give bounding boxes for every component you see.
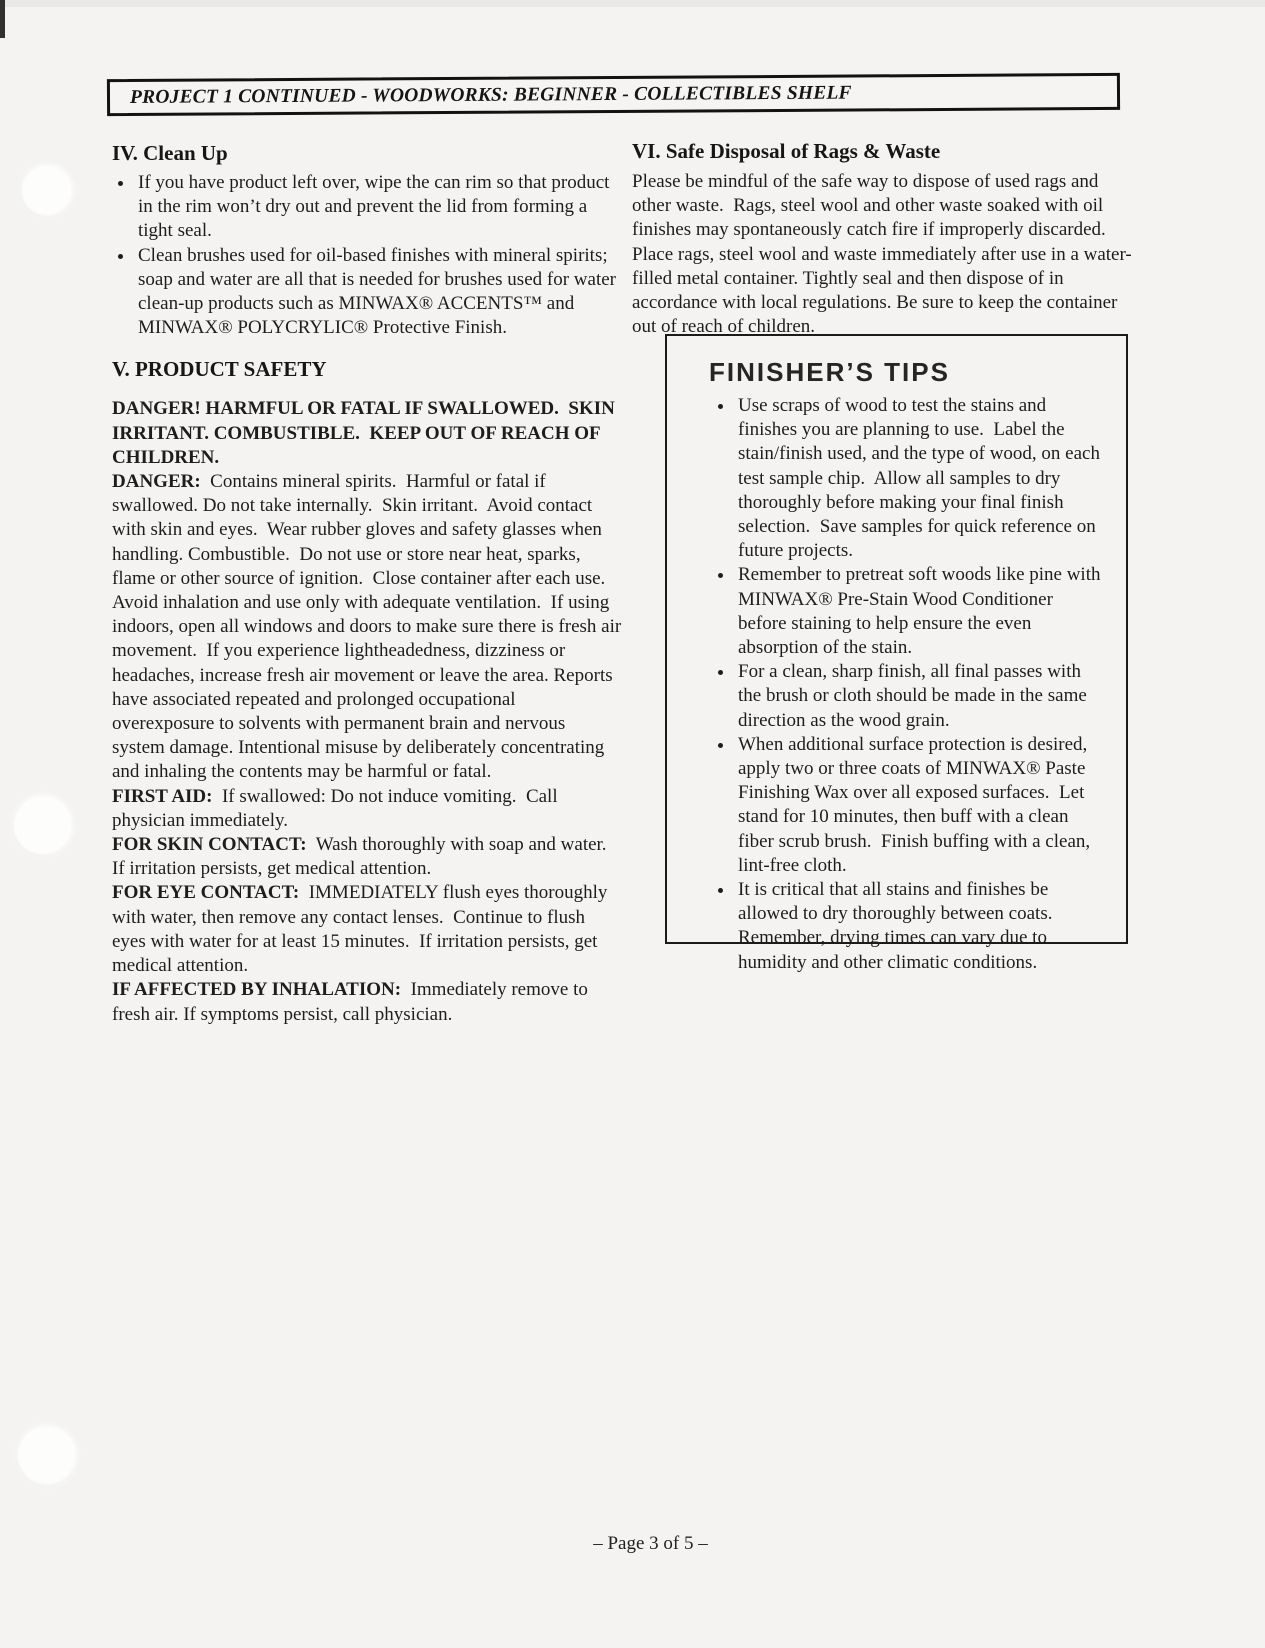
- scan-artifact-corner: [0, 0, 5, 38]
- hole-punch: [17, 1425, 77, 1485]
- tips-title: FINISHER’S TIPS: [709, 357, 1102, 387]
- list-item: For a clean, sharp finish, all final pas…: [735, 660, 1102, 733]
- safety-paragraph-first-aid: FIRST AID: If swallowed: Do not induce v…: [112, 785, 622, 833]
- section-clean-up: IV. Clean Up If you have product left ov…: [112, 141, 622, 340]
- left-column: IV. Clean Up If you have product left ov…: [112, 141, 622, 1027]
- hole-punch: [21, 164, 73, 216]
- right-column: VI. Safe Disposal of Rags & Waste Please…: [632, 139, 1132, 339]
- safety-paragraph-inhalation: IF AFFECTED BY INHALATION: Immediately r…: [112, 978, 622, 1026]
- tips-list: Use scraps of wood to test the stains an…: [709, 394, 1102, 975]
- safety-warning: DANGER! HARMFUL OR FATAL IF SWALLOWED. S…: [112, 397, 622, 470]
- page-number: – Page 3 of 5 –: [18, 1533, 1265, 1555]
- paragraph-lead: FIRST AID:: [112, 786, 212, 807]
- section-safe-disposal: VI. Safe Disposal of Rags & Waste Please…: [632, 139, 1132, 339]
- safety-paragraph-skin-contact: FOR SKIN CONTACT: Wash thoroughly with s…: [112, 833, 622, 881]
- list-item: When additional surface protection is de…: [735, 733, 1102, 878]
- scanned-page: PROJECT 1 CONTINUED - WOODWORKS: BEGINNE…: [0, 0, 1265, 1648]
- page-header-banner: PROJECT 1 CONTINUED - WOODWORKS: BEGINNE…: [107, 73, 1120, 116]
- list-item: Use scraps of wood to test the stains an…: [735, 394, 1102, 563]
- section-title-product-safety: V. PRODUCT SAFETY: [112, 357, 622, 382]
- paragraph-lead: DANGER:: [112, 471, 201, 492]
- list-item: If you have product left over, wipe the …: [135, 171, 622, 244]
- list-item: Remember to pretreat soft woods like pin…: [735, 563, 1102, 660]
- paragraph-lead: FOR SKIN CONTACT:: [112, 834, 307, 855]
- paragraph-lead: FOR EYE CONTACT:: [112, 882, 299, 903]
- section-product-safety: V. PRODUCT SAFETY DANGER! HARMFUL OR FAT…: [112, 357, 622, 1026]
- finishers-tips-box: FINISHER’S TIPS Use scraps of wood to te…: [665, 334, 1128, 944]
- paragraph-lead: IF AFFECTED BY INHALATION:: [112, 979, 401, 1000]
- hole-punch: [13, 795, 73, 855]
- safety-paragraph-danger: DANGER: Contains mineral spirits. Harmfu…: [112, 470, 622, 785]
- safety-paragraph-eye-contact: FOR EYE CONTACT: IMMEDIATELY flush eyes …: [112, 881, 622, 978]
- section-title-safe-disposal: VI. Safe Disposal of Rags & Waste: [632, 139, 1132, 164]
- scan-edge-shadow: [0, 0, 1265, 7]
- paragraph-text: Contains mineral spirits. Harmful or fat…: [112, 471, 626, 782]
- disposal-paragraph: Please be mindful of the safe way to dis…: [632, 170, 1132, 339]
- section-title-clean-up: IV. Clean Up: [112, 141, 622, 166]
- list-item: It is critical that all stains and finis…: [735, 878, 1102, 975]
- clean-up-list: If you have product left over, wipe the …: [112, 171, 622, 340]
- page-header-title: PROJECT 1 CONTINUED - WOODWORKS: BEGINNE…: [110, 82, 852, 109]
- list-item: Clean brushes used for oil-based finishe…: [135, 244, 622, 341]
